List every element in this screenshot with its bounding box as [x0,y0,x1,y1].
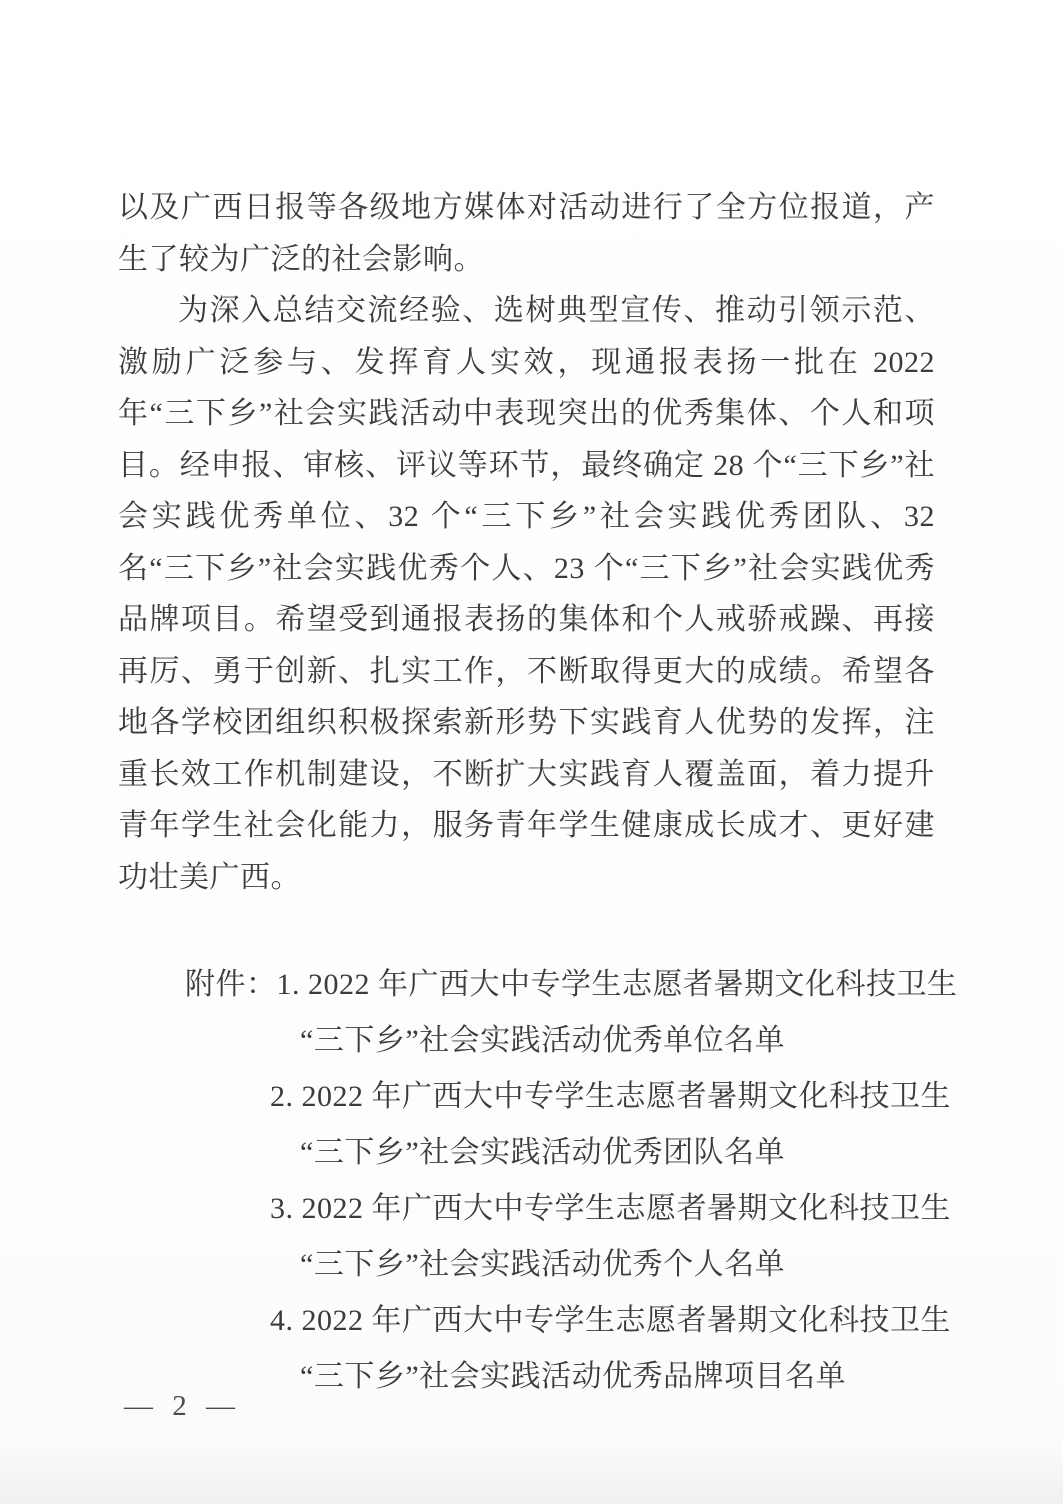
paragraph-main: 为深入总结交流经验、选树典型宣传、推动引领示范、激励广泛参与、发挥育人实效，现通… [118,285,935,903]
attachment-item-4-line-1: 4. 2022 年广西大中专学生志愿者暑期文化科技卫生 [185,1293,935,1349]
attachment-item-3-line-2: “三下乡”社会实践活动优秀个人名单 [185,1237,935,1293]
attachment-item-4-line-2: “三下乡”社会实践活动优秀品牌项目名单 [185,1349,935,1405]
attachment-row-1: 附件：1. 2022 年广西大中专学生志愿者暑期文化科技卫生 [185,957,935,1013]
paragraph-continuation: 以及广西日报等各级地方媒体对活动进行了全方位报道，产生了较为广泛的社会影响。 [118,182,935,285]
attachment-item-1-line-2: “三下乡”社会实践活动优秀单位名单 [185,1013,935,1069]
attachment-item-2-line-1: 2. 2022 年广西大中专学生志愿者暑期文化科技卫生 [185,1069,935,1125]
attachment-item-3-line-1: 3. 2022 年广西大中专学生志愿者暑期文化科技卫生 [185,1181,935,1237]
attachment-label: 附件： [185,968,277,1001]
page-number: — 2 — [124,1390,241,1423]
page-content: 以及广西日报等各级地方媒体对活动进行了全方位报道，产生了较为广泛的社会影响。 为… [118,182,935,1405]
attachment-item-1-line-1: 1. 2022 年广西大中专学生志愿者暑期文化科技卫生 [277,968,958,1001]
attachment-item-2-line-2: “三下乡”社会实践活动优秀团队名单 [185,1125,935,1181]
document-page: 以及广西日报等各级地方媒体对活动进行了全方位报道，产生了较为广泛的社会影响。 为… [0,0,1063,1504]
body-text: 以及广西日报等各级地方媒体对活动进行了全方位报道，产生了较为广泛的社会影响。 为… [118,182,935,903]
attachment-list: 附件：1. 2022 年广西大中专学生志愿者暑期文化科技卫生 “三下乡”社会实践… [185,957,935,1405]
